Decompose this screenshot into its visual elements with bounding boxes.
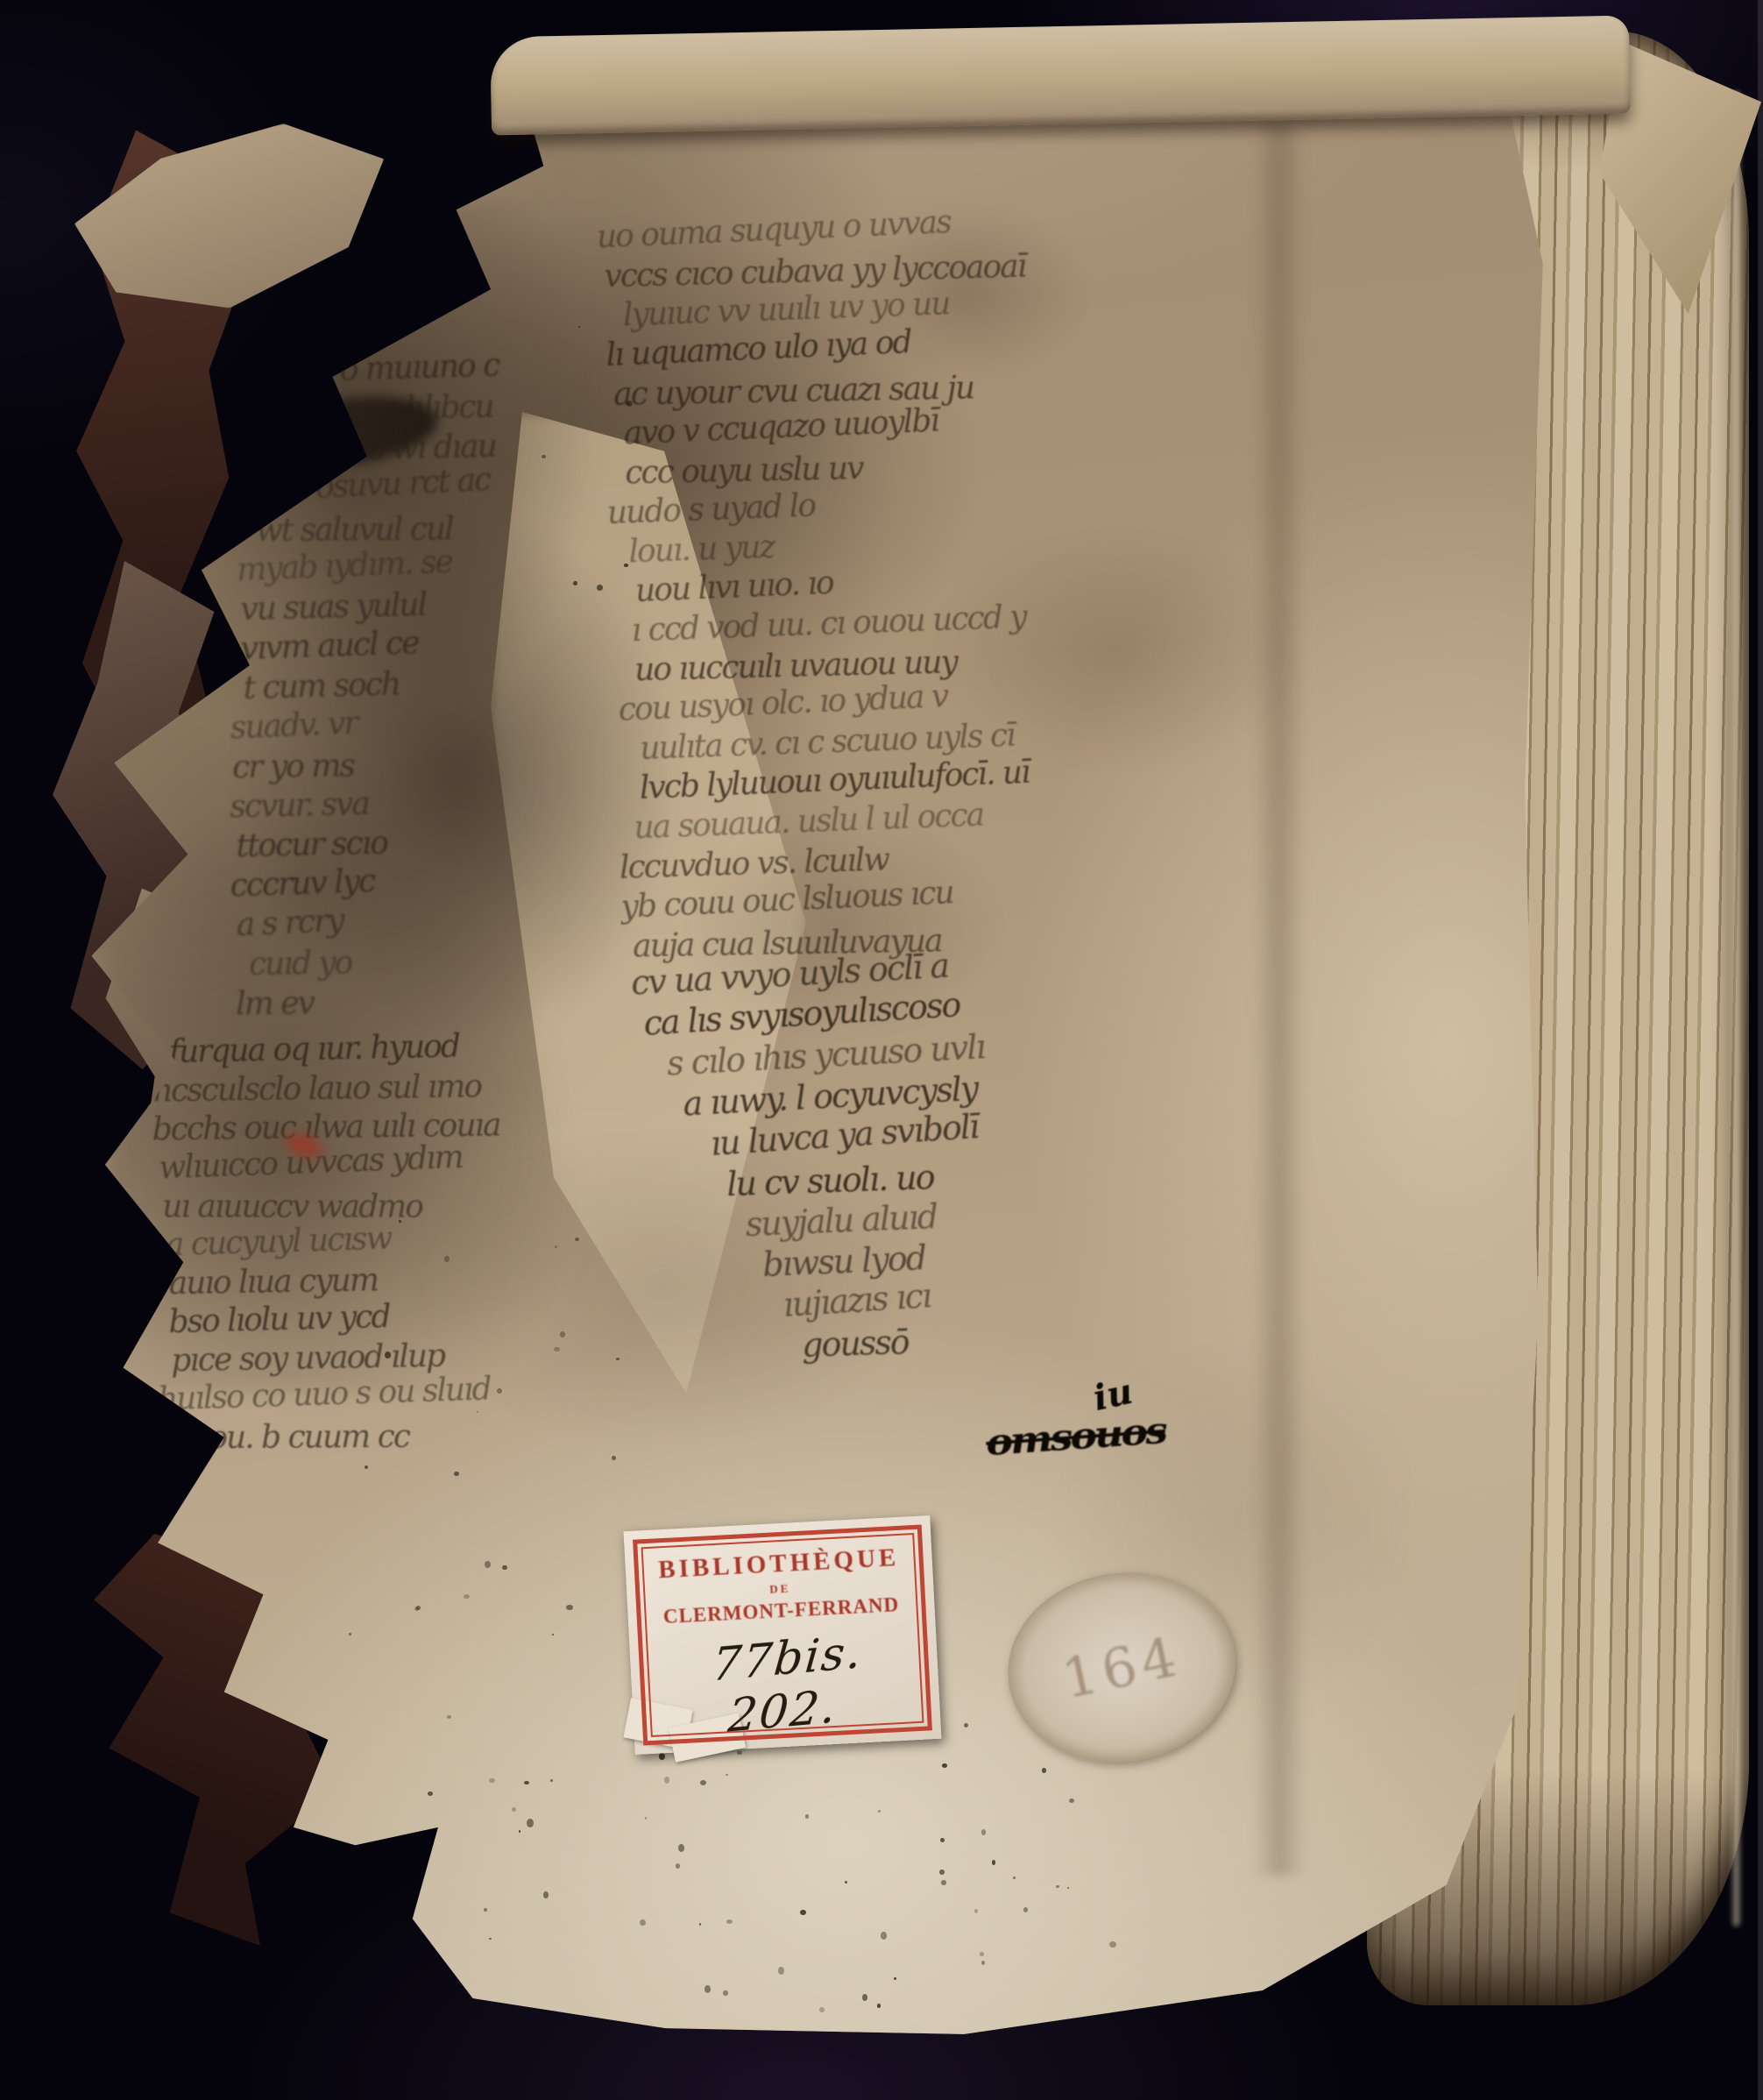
- ink-speckle: [939, 1869, 945, 1875]
- ink-speckle: [578, 326, 580, 328]
- ink-speckle: [447, 1715, 451, 1719]
- ink-speckle: [862, 1994, 867, 2001]
- ink-speckle: [464, 1594, 470, 1599]
- ink-speckle: [664, 1777, 669, 1784]
- ink-speckle: [640, 1919, 646, 1926]
- ink-speckle: [485, 1561, 491, 1568]
- ink-speckle: [980, 1952, 984, 1955]
- ink-speckle: [428, 1791, 433, 1796]
- ink-speckle: [365, 1465, 369, 1469]
- ink-speckle: [524, 1781, 529, 1785]
- ink-speckle: [502, 1565, 507, 1571]
- ink-speckle: [1023, 1907, 1029, 1913]
- ink-speckle: [940, 1838, 944, 1842]
- ink-speckle: [612, 1456, 616, 1460]
- ink-speckle: [845, 1881, 847, 1884]
- ink-speckle: [737, 1751, 742, 1756]
- library-shelfmark-label: BIBLIOTHÈQUE DE CLERMONT-FERRAND 77bis. …: [624, 1515, 942, 1755]
- manuscript-text-torn-fragment: cv ua vvyo uyls oclī aca lıs svyısoyulıs…: [615, 939, 1111, 1410]
- ink-speckle: [800, 1910, 806, 1915]
- ink-speckle: [645, 1817, 648, 1820]
- ink-speckle: [678, 1844, 684, 1852]
- ink-speckle: [974, 1909, 978, 1913]
- ink-speckle: [805, 1814, 809, 1818]
- ink-speckle: [819, 2007, 825, 2012]
- ink-speckle: [416, 1606, 421, 1610]
- sticker-number: 164: [1057, 1624, 1187, 1712]
- ink-speckle: [676, 1863, 680, 1869]
- photo-right-edge-highlight: [1758, 0, 1763, 2100]
- ink-speckle: [700, 1780, 706, 1785]
- ink-speckle: [349, 1633, 351, 1636]
- ink-speckle: [527, 1819, 534, 1827]
- ink-speckle: [552, 1634, 555, 1635]
- ink-speckle: [878, 1810, 881, 1813]
- manuscript-photo: ccumcıo o muıuno calpuıma uv a hlıbcualy…: [0, 0, 1763, 2100]
- ink-speckle: [981, 1961, 985, 1965]
- manuscript-text-lower-left: p furqua oq ıur. hyuodmcsculsclo lauo su…: [141, 1025, 621, 1463]
- script-line: goussō: [801, 1319, 974, 1366]
- oval-number-sticker: 164: [995, 1558, 1247, 1777]
- script-line: mo cı osuvu rct ac: [229, 455, 600, 511]
- ink-speckle: [941, 1880, 946, 1885]
- ink-speckle: [699, 1923, 701, 1926]
- ink-speckle: [414, 1607, 420, 1612]
- ink-speckle: [981, 1829, 987, 1835]
- ink-speckle: [1042, 1768, 1046, 1773]
- ink-speckle: [1109, 1941, 1116, 1947]
- script-line: p furqua oq ıur. hyuod: [142, 1025, 615, 1072]
- ink-speckle: [1056, 1885, 1059, 1888]
- ink-scribble-signature: omsouos: [985, 1409, 1167, 1465]
- script-line: lm ev: [236, 980, 613, 1025]
- ink-speckle: [964, 1723, 968, 1728]
- label-content: BIBLIOTHÈQUE DE CLERMONT-FERRAND 77bis. …: [648, 1537, 917, 1732]
- ink-speckle: [877, 2004, 881, 2007]
- ink-speckle: [942, 1763, 948, 1768]
- ink-speckle: [726, 1919, 733, 1924]
- ink-speckle: [726, 1774, 728, 1776]
- ink-speckle: [704, 1985, 711, 1993]
- ink-speckle: [414, 1884, 418, 1888]
- ink-speckle: [519, 1830, 520, 1833]
- ink-speckle: [454, 1472, 459, 1477]
- script-line: ıwcou. b cuum cc: [159, 1417, 621, 1458]
- ink-speckle: [484, 1908, 487, 1912]
- ink-speckle: [894, 1977, 897, 1980]
- ink-speckle: [489, 1778, 495, 1783]
- ink-speckle: [881, 1932, 887, 1940]
- label-institution-line: BIBLIOTHÈQUE: [657, 1543, 900, 1585]
- page-crease: [1253, 123, 1306, 1876]
- script-line: cuıd yo: [249, 940, 612, 984]
- label-city-line: CLERMONT-FERRAND: [662, 1593, 899, 1628]
- manuscript-text-right-column: uo ouma suquyu o uvvasvccs cıco cubava y…: [596, 200, 1130, 971]
- ink-speckle: [550, 1779, 552, 1782]
- ink-speckle: [1013, 1877, 1016, 1879]
- ink-speckle: [992, 1860, 996, 1865]
- ink-speckle: [1067, 1887, 1069, 1889]
- ink-speckle: [778, 1967, 784, 1975]
- ink-speckle: [1069, 1798, 1074, 1803]
- manuscript-text-left-column: ccumcıo o muıuno calpuıma uv a hlıbcualy…: [210, 344, 614, 1046]
- ink-speckle: [543, 1891, 549, 1898]
- ink-speckle: [723, 1990, 728, 1997]
- ink-speckle: [566, 1605, 572, 1610]
- ink-speckle: [489, 1938, 492, 1940]
- label-de-line: DE: [769, 1581, 791, 1596]
- script-line: mcsculsclo lauo sul ımo: [143, 1066, 616, 1111]
- ink-speckle: [512, 1807, 516, 1812]
- ink-speckle: [659, 1753, 665, 1759]
